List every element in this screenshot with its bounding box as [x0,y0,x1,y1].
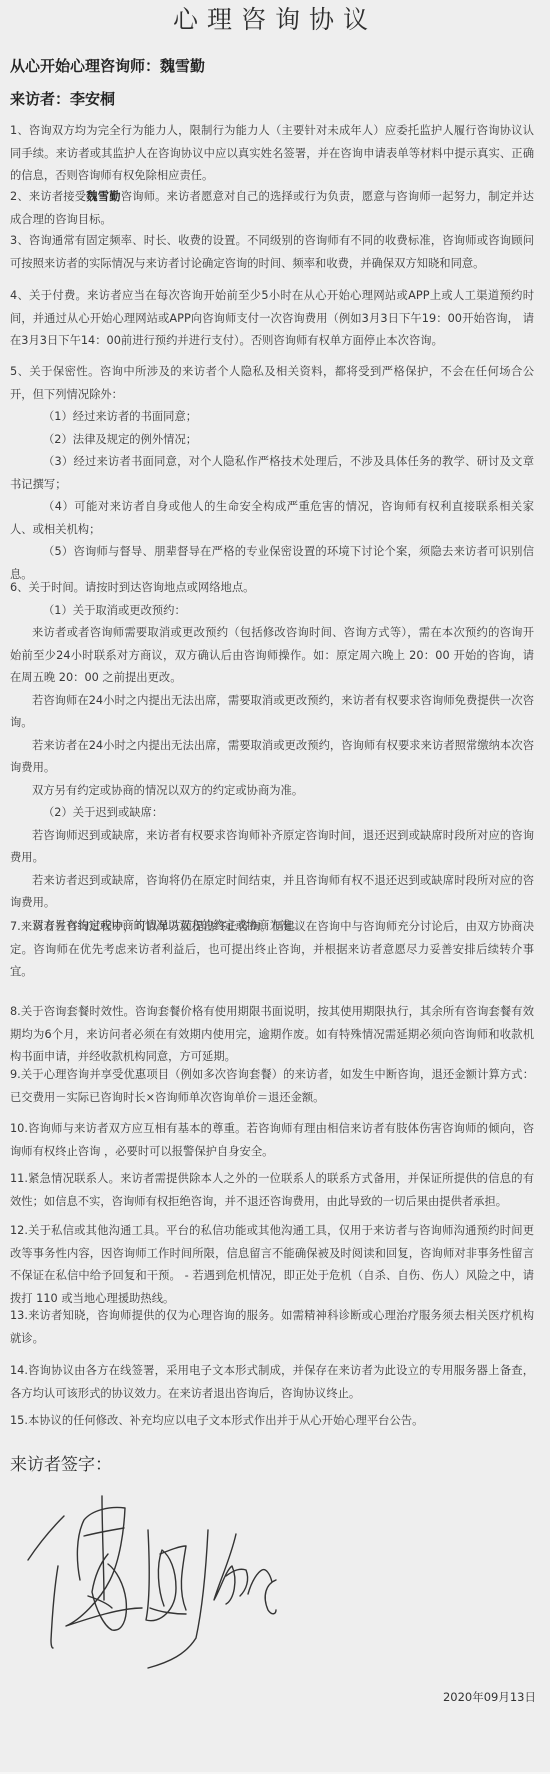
clause-5-item-1: （1）经过来访者的书面同意； [10,406,534,429]
clause-14: 14.咨询协议由各方在线签署，采用电子文本形式制成，并保存在来访者为此设立的专用… [10,1360,534,1405]
clause-5-item-4: （4）可能对来访者自身或他人的生命安全构成严重危害的情况，咨询师有权利直接联系相… [10,496,534,541]
counselor-line: 从心开始心理咨询师：魏雪勤 [10,56,205,76]
clause-5-item-3: （3）经过来访者书面同意，对个人隐私作严格技术处理后，不涉及具体任务的教学、研讨… [10,451,534,496]
clause-6: 6、关于时间。请按时到达咨询地点或网络地点。 （1）关于取消或更改预约： 来访者… [10,577,534,937]
clause-3: 3、咨询通常有固定频率、时长、收费的设置。不同级别的咨询师有不同的收费标准，咨询… [10,230,534,275]
clause-2-prefix: 2、来访者接受 [10,190,86,203]
clause-5: 5、关于保密性。咨询中所涉及的来访者个人隐私及相关资料，都将受到严格保护，不会在… [10,361,534,586]
clause-15: 15.本协议的任何修改、补充均应以电子文本形式作出并于从心开始心理平台公告。 [10,1410,534,1433]
signature-date: 2020年09月13日 [443,1689,536,1705]
document-title: 心理咨询协议 [0,2,550,38]
clause-10: 10.咨询师与来访者双方应互相有基本的尊重。若咨询师有理由相信来访者有肢体伤害咨… [10,1118,534,1163]
clause-6-sub1-item-1: 来访者或者咨询师需要取消或更改预约（包括修改咨询时间、咨询方式等），需在本次预约… [10,622,534,690]
clause-6-sub2-title: （2）关于迟到或缺席： [10,802,534,825]
clause-13: 13.来访者知晓，咨询师提供的仅为心理咨询的服务。如需精神科诊断或心理治疗服务须… [10,1305,534,1350]
clause-8: 8.关于咨询套餐时效性。咨询套餐价格有使用期限书面说明，按其使用期限执行，其余所… [10,1001,534,1069]
clause-5-intro: 5、关于保密性。咨询中所涉及的来访者个人隐私及相关资料，都将受到严格保护，不会在… [10,361,534,406]
clause-6-intro: 6、关于时间。请按时到达咨询地点或网络地点。 [10,577,534,600]
counselor-name-bold: 魏雪勤 [86,190,120,203]
clause-6-sub1-item-4: 双方另有约定或协商的情况以双方的约定或协商为准。 [10,780,534,803]
clause-9: 9.关于心理咨询并享受优惠项目（例如多次咨询套餐）的来访者，如发生中断咨询，退还… [10,1064,534,1109]
handwritten-signature [0,1470,300,1680]
clause-6-sub1-item-3: 若来访者在24小时之内提出无法出席，需要取消或更改预约，咨询师有权要求来访者照常… [10,735,534,780]
agreement-document: 心理咨询协议 从心开始心理咨询师：魏雪勤 来访者：李安桐 1、咨询双方均为完全行… [0,0,550,1774]
clause-4: 4、关于付费。来访者应当在每次咨询开始前至少5小时在从心开始心理网站或APP上或… [10,285,534,353]
clause-12: 12.关于私信或其他沟通工具。平台的私信功能或其他沟通工具，仅用于来访者与咨询师… [10,1220,534,1310]
clause-11: 11.紧急情况联系人。来访者需提供除本人之外的一位联系人的联系方式备用，并保证所… [10,1168,534,1213]
clause-6-sub1-title: （1）关于取消或更改预约： [10,600,534,623]
clause-2: 2、来访者接受魏雪勤咨询师。来访者愿意对自己的选择或行为负责，愿意与咨询师一起努… [10,186,534,231]
clause-1: 1、咨询双方均为完全行为能力人，限制行为能力人（主要针对未成年人）应委托监护人履… [10,120,534,188]
clause-6-sub1-item-2: 若咨询师在24小时之内提出无法出席，需要取消或更改预约，来访者有权要求咨询师免费… [10,690,534,735]
clause-6-sub2-item-2: 若来访者迟到或缺席，咨询将仍在原定时间结束，并且咨询师有权不退还迟到或缺席时段所… [10,870,534,915]
clause-7: 7.来访者在咨询过程中，可以单方面提出终止咨询。但建议在咨询中与咨询师充分讨论后… [10,916,534,984]
clause-5-item-2: （2）法律及规定的例外情况； [10,429,534,452]
clause-6-sub2-item-1: 若咨询师迟到或缺席，来访者有权要求咨询师补齐原定咨询时间，退还迟到或缺席时段所对… [10,825,534,870]
client-line: 来访者：李安桐 [10,89,115,109]
